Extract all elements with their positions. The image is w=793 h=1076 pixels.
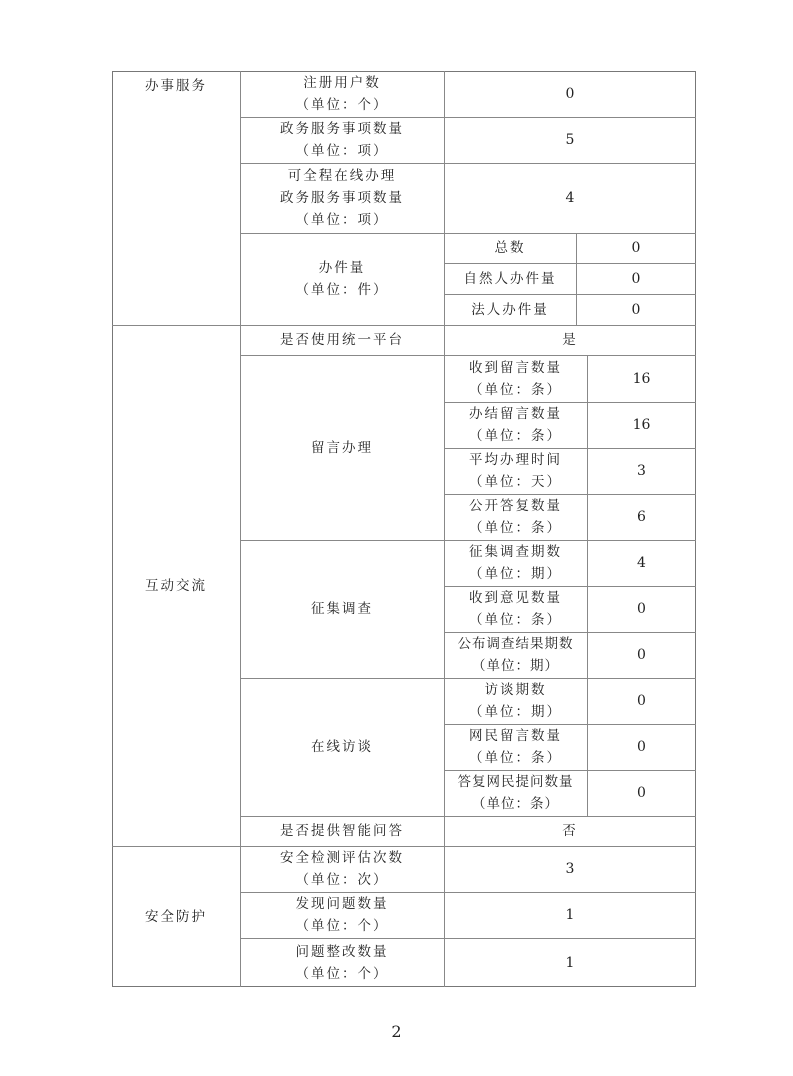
category-interaction: 互动交流 bbox=[112, 325, 240, 846]
sub-metric-label: 平均办理时间 （单位：天） bbox=[444, 448, 587, 494]
metric-value: 1 bbox=[444, 892, 696, 938]
metric-label: 安全检测评估次数 （单位：次） bbox=[240, 846, 444, 892]
sub-metric-label: 收到意见数量 （单位：条） bbox=[444, 586, 587, 632]
sub-metric-value: 0 bbox=[587, 770, 696, 816]
sub-metric-value: 0 bbox=[576, 294, 696, 325]
sub-metric-value: 16 bbox=[587, 355, 696, 402]
page-number: 2 bbox=[0, 1022, 793, 1041]
category-service: 办事服务 bbox=[112, 71, 240, 101]
metric-value: 0 bbox=[444, 71, 696, 117]
group-label-interview: 在线访谈 bbox=[240, 678, 444, 816]
metric-value: 1 bbox=[444, 938, 696, 987]
metric-label: 问题整改数量 （单位：个） bbox=[240, 938, 444, 987]
sub-metric-value: 6 bbox=[587, 494, 696, 540]
sub-metric-label: 办结留言数量 （单位：条） bbox=[444, 402, 587, 448]
metric-label: 发现问题数量 （单位：个） bbox=[240, 892, 444, 938]
sub-metric-value: 0 bbox=[587, 724, 696, 770]
sub-metric-value: 0 bbox=[587, 678, 696, 724]
sub-metric-value: 3 bbox=[587, 448, 696, 494]
metric-value: 4 bbox=[444, 163, 696, 233]
sub-metric-label: 访谈期数 （单位：期） bbox=[444, 678, 587, 724]
sub-metric-label: 网民留言数量 （单位：条） bbox=[444, 724, 587, 770]
metric-value: 5 bbox=[444, 117, 696, 163]
group-label-messages: 留言办理 bbox=[240, 355, 444, 540]
sub-metric-label: 法人办件量 bbox=[444, 294, 576, 325]
metric-value: 是 bbox=[444, 325, 696, 355]
sub-metric-value: 0 bbox=[587, 586, 696, 632]
sub-metric-value: 4 bbox=[587, 540, 696, 586]
metric-label: 政务服务事项数量 （单位：项） bbox=[240, 117, 444, 163]
metric-label-cases: 办件量 （单位：件） bbox=[240, 233, 444, 325]
sub-metric-label: 公开答复数量 （单位：条） bbox=[444, 494, 587, 540]
sub-metric-label: 自然人办件量 bbox=[444, 263, 576, 294]
metric-label: 注册用户数 （单位：个） bbox=[240, 71, 444, 117]
metric-value: 3 bbox=[444, 846, 696, 892]
metric-value: 否 bbox=[444, 816, 696, 846]
sub-metric-value: 0 bbox=[587, 632, 696, 678]
group-label-survey: 征集调查 bbox=[240, 540, 444, 678]
sub-metric-value: 0 bbox=[576, 233, 696, 263]
metric-label: 可全程在线办理 政务服务事项数量 （单位：项） bbox=[240, 163, 444, 233]
sub-metric-label: 公布调查结果期数 （单位：期） bbox=[444, 632, 587, 678]
sub-metric-label: 征集调查期数 （单位：期） bbox=[444, 540, 587, 586]
metric-label: 是否提供智能问答 bbox=[240, 816, 444, 846]
category-security: 安全防护 bbox=[112, 846, 240, 987]
metric-label: 是否使用统一平台 bbox=[240, 325, 444, 355]
sub-metric-value: 0 bbox=[576, 263, 696, 294]
sub-metric-value: 16 bbox=[587, 402, 696, 448]
sub-metric-label: 总数 bbox=[444, 233, 576, 263]
sub-metric-label: 答复网民提问数量 （单位：条） bbox=[444, 770, 587, 816]
sub-metric-label: 收到留言数量 （单位：条） bbox=[444, 355, 587, 402]
